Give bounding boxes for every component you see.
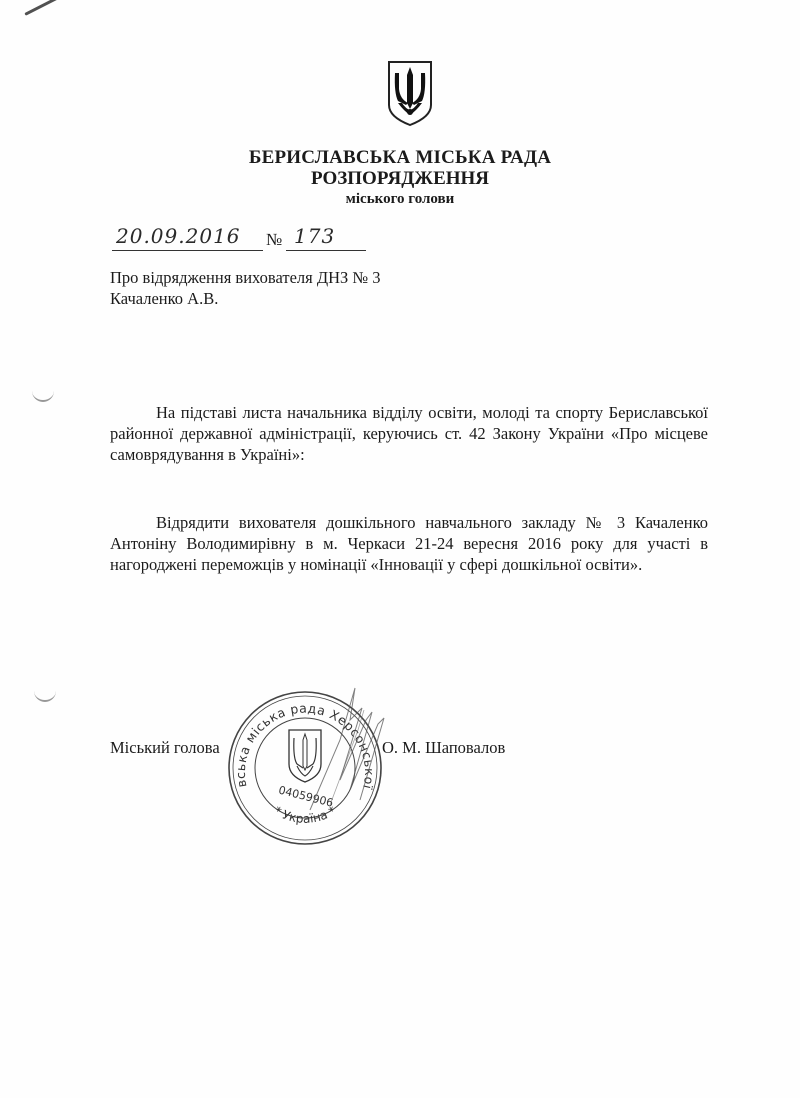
signatory-name: О. М. Шаповалов xyxy=(382,737,505,758)
scan-mark xyxy=(24,0,63,16)
basis-paragraph: На підставі листа начальника відділу осв… xyxy=(110,402,708,465)
subject-line: Про відрядження вихователя ДНЗ № 3 xyxy=(110,267,510,288)
document-subject: Про відрядження вихователя ДНЗ № 3 Качал… xyxy=(110,267,510,309)
document-date: 20.09.2016 xyxy=(112,224,263,251)
council-name: БЕРИСЛАВСЬКА МІСЬКА РАДА xyxy=(0,147,800,169)
document-number: 173 xyxy=(286,224,366,251)
document-issuer: міського голови xyxy=(0,191,800,208)
signatory-position: Міський голова xyxy=(110,737,220,758)
document-type: РОЗПОРЯДЖЕННЯ xyxy=(0,168,800,190)
handwritten-signature xyxy=(300,680,390,820)
punch-hole-mark xyxy=(34,688,56,702)
subject-line: Качаленко А.В. xyxy=(110,288,510,309)
coat-of-arms-trident-icon xyxy=(386,59,434,127)
number-sign: № xyxy=(266,230,282,250)
punch-hole-mark xyxy=(32,388,54,402)
document-page: БЕРИСЛАВСЬКА МІСЬКА РАДА РОЗПОРЯДЖЕННЯ м… xyxy=(0,0,800,1098)
order-paragraph: Відрядити вихователя дошкільного навчаль… xyxy=(110,512,708,575)
